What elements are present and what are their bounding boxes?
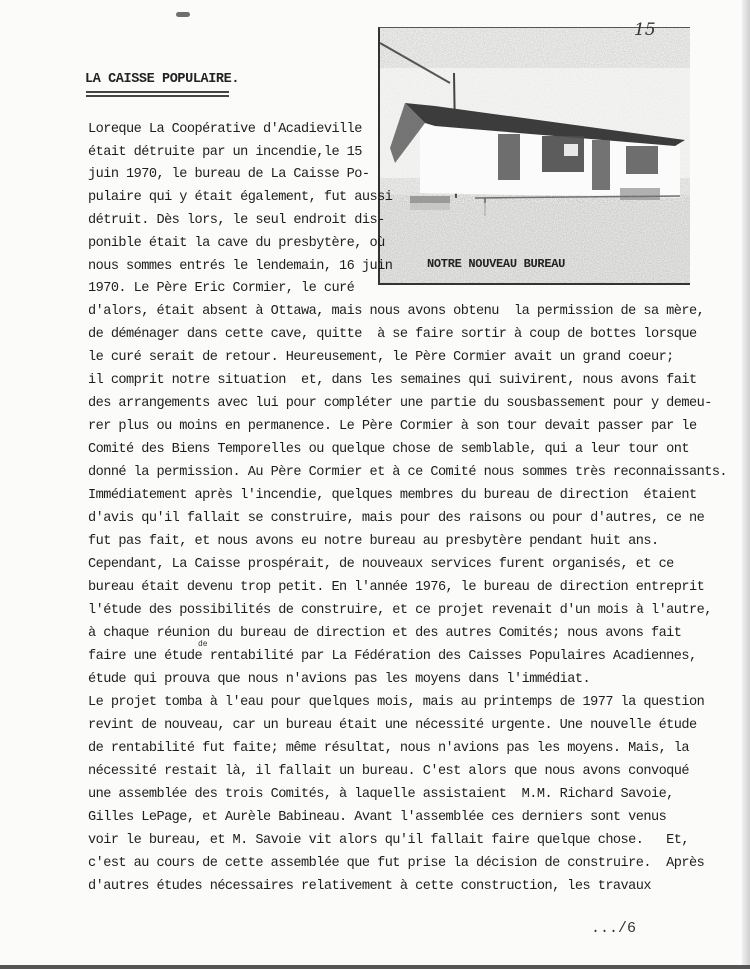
text-line: étude qui prouva que nous n'avions pas l… (88, 672, 590, 687)
text-line: rer plus ou moins en permanence. Le Père… (88, 419, 697, 434)
text-line: de rentabilité fut faite; même résultat,… (88, 741, 689, 756)
text-line: nécessité restait là, il fallait un bure… (88, 764, 689, 779)
photo-caption: NOTRE NOUVEAU BUREAU (427, 257, 565, 271)
text-line: c'est au cours de cette assemblée que fu… (88, 856, 704, 871)
text-line: Cependant, La Caisse prospérait, de nouv… (88, 557, 674, 572)
text-line: bureau était devenu trop petit. En l'ann… (88, 580, 704, 595)
title-underline (86, 95, 229, 97)
text-line: fut pas fait, et nous avons eu notre bur… (88, 534, 659, 549)
page-number: 15 (634, 20, 656, 40)
text-line: ponible était la cave du presbytère, où (88, 236, 385, 251)
house-photo: NOTRE NOUVEAU BUREAU (378, 27, 690, 285)
house-illustration (380, 28, 690, 283)
section-title: LA CAISSE POPULAIRE. (85, 72, 239, 87)
text-line: détruit. Dès lors, le seul endroit dis- (88, 213, 385, 228)
text-line: donné la permission. Au Père Cormier et … (88, 465, 727, 480)
text-line: Le projet tomba à l'eau pour quelques mo… (88, 695, 704, 710)
text-line: Loreque La Coopérative d'Acadieville (88, 122, 362, 137)
text-line: faire une étude rentabilité par La Fédér… (88, 649, 697, 664)
text-line: pulaire qui y était également, fut aussi (88, 190, 392, 205)
text-line: le curé serait de retour. Heureusement, … (88, 350, 674, 365)
text-line: des arrangements avec lui pour compléter… (88, 396, 712, 411)
title-underline (86, 91, 229, 93)
text-line: Comité des Biens Temporelles ou quelque … (88, 442, 689, 457)
ink-speck (176, 12, 190, 17)
text-line: de déménager dans cette cave, quitte à s… (88, 327, 697, 342)
text-line: revint de nouveau, car un bureau était u… (88, 718, 697, 733)
page-edge-shadow (742, 0, 750, 969)
text-line: d'autres études nécessaires relativement… (88, 879, 651, 894)
text-line: d'alors, était absent à Ottawa, mais nou… (88, 304, 704, 319)
text-line: il comprit notre situation et, dans les … (88, 373, 697, 388)
text-line: voir le bureau, et M. Savoie vit alors q… (88, 833, 689, 848)
text-line: Gilles LePage, et Aurèle Babineau. Avant… (88, 810, 666, 825)
text-line: d'avis qu'il fallait se construire, mais… (88, 511, 704, 526)
text-line: une assemblée des trois Comités, à laque… (88, 787, 674, 802)
text-line: l'étude des possibilités de construire, … (88, 603, 712, 618)
text-line: nous sommes entrés le lendemain, 16 juin (88, 259, 392, 274)
handwritten-insert: de (198, 640, 208, 649)
page-bottom-edge (0, 965, 750, 969)
text-line: 1970. Le Père Eric Cormier, le curé (88, 281, 354, 296)
text-line: était détruite par un incendie,le 15 (88, 145, 362, 160)
text-line: à chaque réunion du bureau de direction … (88, 626, 681, 641)
text-line: juin 1970, le bureau de La Caisse Po- (88, 167, 369, 182)
continuation-marker: .../6 (591, 920, 636, 937)
text-line: Immédiatement après l'incendie, quelques… (88, 488, 697, 503)
